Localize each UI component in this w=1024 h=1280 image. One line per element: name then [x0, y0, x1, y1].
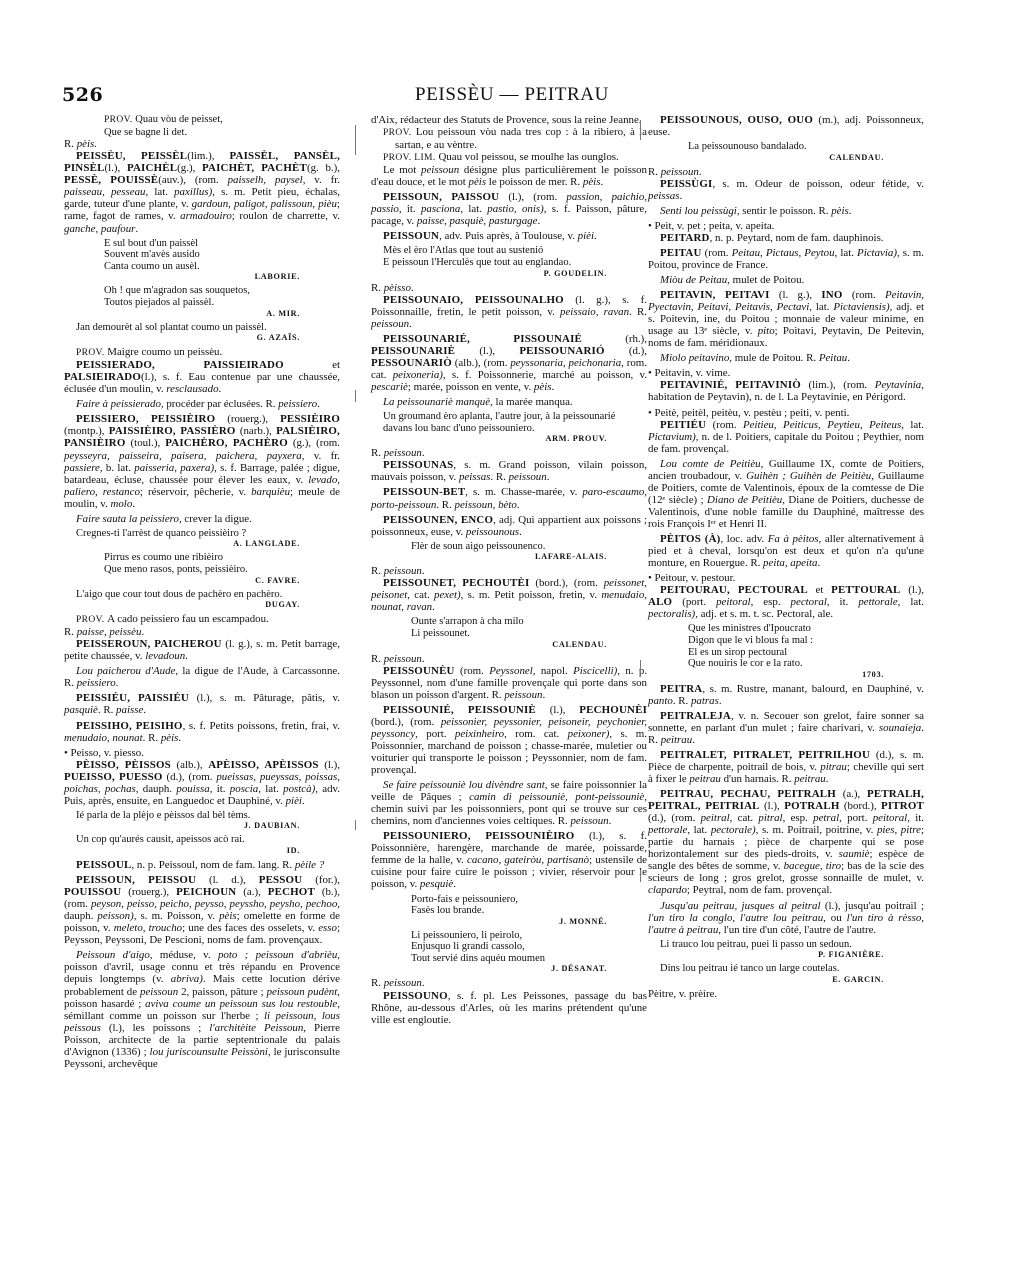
dictionary-entry: PEISSOUN, PEISSOU (l. d.), PESSOU (for.)…: [64, 874, 340, 946]
etymology-root: d'Aix, rédacteur des Statuts de Provence…: [371, 114, 647, 126]
proverb: PROV. A cado peissiero fau un escampadou…: [64, 613, 340, 626]
quotation-attribution: J. Désanat.: [371, 964, 647, 974]
cross-reference: • Peisso, v. piesso.: [64, 747, 340, 759]
etymology-root: Pèitre, v. prèire.: [648, 988, 924, 1000]
verse-quotation: Li peissouniero, li peirolo,Enjusquo li …: [371, 930, 647, 965]
spacer: [371, 1026, 647, 1029]
dictionary-entry: PEISSOUNIÉ, PEISSOUNIÈ (l.), PECHOUNÈI (…: [371, 704, 647, 776]
cross-reference: • Peitè, peitèl, peitèu, v. pestèu ; pei…: [648, 407, 924, 419]
dictionary-entry: PEISSOUNIERO, PEISSOUNIÈIRO (l.), s. f. …: [371, 830, 647, 890]
dictionary-entry: PEISSOUL, n. p. Peissoul, nom de fam. la…: [64, 859, 340, 871]
gutter-mark: [355, 390, 356, 402]
quotation-attribution: P. Figanière.: [648, 950, 924, 960]
verse-quotation: Pirrus es coumo une ribièiroQue meno ras…: [64, 552, 340, 575]
entry-subsense: Miòu de Peitau, mulet de Poitou.: [648, 274, 924, 286]
dictionary-entry: PEITARD, n. p. Peytard, nom de fam. daup…: [648, 232, 924, 244]
verse-quotation: Porto-fais e peissouniero,Fasès lou bran…: [371, 894, 647, 917]
entry-subsense: La peissounariè manquè, la marée manqua.: [371, 396, 647, 408]
dictionary-entry: PEITIÉU (rom. Peitieu, Peiticus, Peytieu…: [648, 419, 924, 455]
entry-subsense: Jusqu'au peitrau, jusques al peitral (l.…: [648, 900, 924, 936]
quotation-attribution: E. Garcin.: [648, 975, 924, 985]
entry-subsense: Miolo peitavino, mule de Poitou. R. Peit…: [648, 352, 924, 364]
verse-quotation: Oh ! que m'agradon sas souquetos,Toutos …: [64, 285, 340, 308]
quotation-attribution: Lafare-Alais.: [371, 552, 647, 562]
prose-quotation: Un cop qu'aurés causit, apeissos acò rai…: [64, 834, 340, 846]
dictionary-entry: PEISSOUNAS, s. m. Grand poisson, vilain …: [371, 459, 647, 483]
dictionary-column-left: PROV. Quau vòu de peisset,Que se bagne l…: [64, 114, 340, 1073]
entry-subsense: Peissoun d'aigo, méduse, v. poto ; peiss…: [64, 949, 340, 1069]
dictionary-entry: PEITAVIN, PEITAVI (l. g.), INO (rom. Pei…: [648, 289, 924, 349]
quotation-attribution: Laborie.: [64, 272, 340, 282]
cross-reference: • Peitour, v. pestour.: [648, 572, 924, 584]
verse-quotation: Ounte s'arrapon à cha miloLi peissounet.: [371, 616, 647, 639]
etymology-root: R. peissoun.: [371, 565, 647, 577]
dictionary-column-middle: d'Aix, rédacteur des Statuts de Provence…: [371, 114, 647, 1029]
dictionary-entry: PEITAU (rom. Peitau, Pictaus, Peytou, la…: [648, 247, 924, 271]
etymology-root: R. pèis.: [64, 138, 340, 150]
prose-quotation: L'aigo que cour tout dous de pachèro en …: [64, 589, 340, 601]
quotation-attribution: Calendau.: [648, 153, 924, 163]
quotation-attribution: Dugay.: [64, 600, 340, 610]
entry-subsense: Lou comte de Peitièu, Guillaume IX, comt…: [648, 458, 924, 530]
verse-quotation: E sul bout d'un paissèlSouvent m'avès au…: [64, 238, 340, 273]
proverb-verse: PROV. Quau vòu de peisset,Que se bagne l…: [64, 114, 340, 138]
dictionary-entry: PEISSÙGI, s. m. Odeur de poisson, odeur …: [648, 178, 924, 202]
verse-quotation: Que les ministres d'IpoucratoDigon que l…: [648, 623, 924, 669]
quotation-attribution: A. Mir.: [64, 309, 340, 319]
entry-subsense: Faire à peissierado, procéder par éclusé…: [64, 398, 340, 410]
running-head: PEISSÈU — PEITRAU: [0, 84, 1024, 106]
prose-quotation: Jan demourèt al sol plantat coumo un pai…: [64, 322, 340, 334]
prose-quotation: Dins lou peitrau ié tanco un large coute…: [648, 963, 924, 975]
dictionary-entry: PEITOURAU, PECTOURAL et PETTOURAL (l.), …: [648, 584, 924, 620]
entry-subsense: Lou paicherou d'Aude, la digue de l'Aude…: [64, 665, 340, 689]
proverb: PROV. Lou peissoun vòu nada tres cop : à…: [371, 126, 647, 151]
dictionary-entry: PEISSOUNÈU (rom. Peyssonel, napol. Pisci…: [371, 665, 647, 701]
dictionary-entry: PEISSIERADO, PAISSIEIRADO et PALSIEIRADO…: [64, 359, 340, 395]
quotation-attribution: 1703.: [648, 670, 924, 680]
etymology-root: R. pèisso.: [371, 282, 647, 294]
dictionary-column-right: PEISSOUNOUS, OUSO, OUO (m.), adj. Poisso…: [648, 114, 924, 1000]
dictionary-entry: PEITAVINIÉ, PEITAVINIÒ (lim.), (rom. Pey…: [648, 379, 924, 403]
gutter-mark: [640, 120, 641, 140]
etymology-root: R. peissoun.: [371, 653, 647, 665]
prose-quotation: Ié parla de la plèjo e pèissos dal bèl t…: [64, 810, 340, 822]
quotation-attribution: Id.: [64, 846, 340, 856]
dictionary-entry: PEISSIERO, PEISSIÈIRO (rouerg.), PESSIÈI…: [64, 413, 340, 509]
quotation-attribution: C. Favre.: [64, 576, 340, 586]
proverb: PROV. Maigre coumo un peissèu.: [64, 346, 340, 359]
dictionary-entry: PEISSOUNOUS, OUSO, OUO (m.), adj. Poisso…: [648, 114, 924, 138]
dictionary-entry: PEITRAU, PECHAU, PEITRALH (a.), PETRALH,…: [648, 788, 924, 896]
entry-subsense: Le mot peissoun désigne plus particulièr…: [371, 164, 647, 188]
gutter-mark: [640, 870, 641, 882]
prose-quotation: Cregnes-ti l'arrèst de quanco peissièiro…: [64, 528, 340, 540]
dictionary-entry: PEITRALEJA, v. n. Secouer son grelot, fa…: [648, 710, 924, 746]
entry-subsense: Senti lou peissùgi, sentir le poisson. R…: [648, 205, 924, 217]
dictionary-entry: PÈITOS (À), loc. adv. Fa à pèitos, aller…: [648, 533, 924, 569]
etymology-root: R. peissoun.: [648, 166, 924, 178]
prose-quotation: Mès el èro l'Atlas que tout au sustenióE…: [371, 245, 647, 268]
dictionary-entry: PEISSÈU, PEISSÈL(lim.), PAISSÈL, PANSÈL,…: [64, 150, 340, 234]
gutter-mark: [355, 125, 356, 155]
quotation-attribution: Arm. Prouv.: [371, 434, 647, 444]
dictionary-entry: PEISSOUNEN, ENCO, adj. Qui appartient au…: [371, 514, 647, 538]
etymology-root: R. paisse, peissèu.: [64, 626, 340, 638]
entry-subsense: Faire sauta la peissiero, crever la digu…: [64, 513, 340, 525]
quotation-attribution: Calendau.: [371, 640, 647, 650]
dictionary-entry: PEISSEROUN, PAICHEROU (l. g.), s. m. Pet…: [64, 638, 340, 662]
gutter-mark: [640, 660, 641, 672]
verse-quotation: La peissounouso bandalado.: [648, 141, 924, 153]
proverb: PROV. LIM. Quau vol peissou, se moulhe l…: [371, 151, 647, 164]
etymology-root: R. peissoun.: [371, 447, 647, 459]
dictionary-entry: PEISSOUN, PAISSOU (l.), (rom. passion, p…: [371, 191, 647, 227]
gutter-mark: [355, 820, 356, 830]
dictionary-entry: PEISSIÉU, PAISSIÉU (l.), s. m. Pâturage,…: [64, 692, 340, 716]
dictionary-entry: PEISSOUNARIÉ, PISSOUNAIÉ (rh.), PEISSOUN…: [371, 333, 647, 393]
cross-reference: • Peit, v. pet ; peita, v. apeita.: [648, 220, 924, 232]
dictionary-entry: PEITRALET, PITRALET, PEITRILHOU (d.), s.…: [648, 749, 924, 785]
entry-subsense: Se faire peissouniè lou divèndre sant, s…: [371, 779, 647, 827]
dictionary-entry: PEISSOUNET, PECHOUTÈI (bord.), (rom. pei…: [371, 577, 647, 613]
verse-quotation: Flèr de soun aigo peissounenco.: [371, 541, 647, 553]
dictionary-entry: PEISSOUN, adv. Puis après, à Toulouse, v…: [371, 230, 647, 242]
dictionary-entry: PEISSOUNO, s. f. pl. Les Peissones, pass…: [371, 990, 647, 1026]
prose-quotation: Un groumand èro aplanta, l'autre jour, à…: [371, 411, 647, 434]
etymology-root: R. peissoun.: [371, 977, 647, 989]
dictionary-entry: PEITRA, s. m. Rustre, manant, balourd, e…: [648, 683, 924, 707]
quotation-attribution: P. Goudelin.: [371, 269, 647, 279]
quotation-attribution: G. Azaïs.: [64, 333, 340, 343]
prose-quotation: Li trauco lou peitrau, puei li passo un …: [648, 939, 924, 951]
dictionary-entry: PEISSOUN-BET, s. m. Chasse-marée, v. par…: [371, 486, 647, 510]
cross-reference: • Peitavin, v. vime.: [648, 367, 924, 379]
quotation-attribution: A. Langlade.: [64, 539, 340, 549]
quotation-attribution: J. Monné.: [371, 917, 647, 927]
dictionary-entry: PEISSOUNAIO, PEISSOUNALHO (l. g.), s. f.…: [371, 294, 647, 330]
spacer: [64, 1070, 340, 1073]
dictionary-entry: PÈISSO, PÈISSOS (alb.), APÈISSO, APÈISSO…: [64, 759, 340, 807]
dictionary-entry: PEISSIHO, PEISIHO, s. f. Petits poissons…: [64, 720, 340, 744]
quotation-attribution: J. Daubian.: [64, 821, 340, 831]
